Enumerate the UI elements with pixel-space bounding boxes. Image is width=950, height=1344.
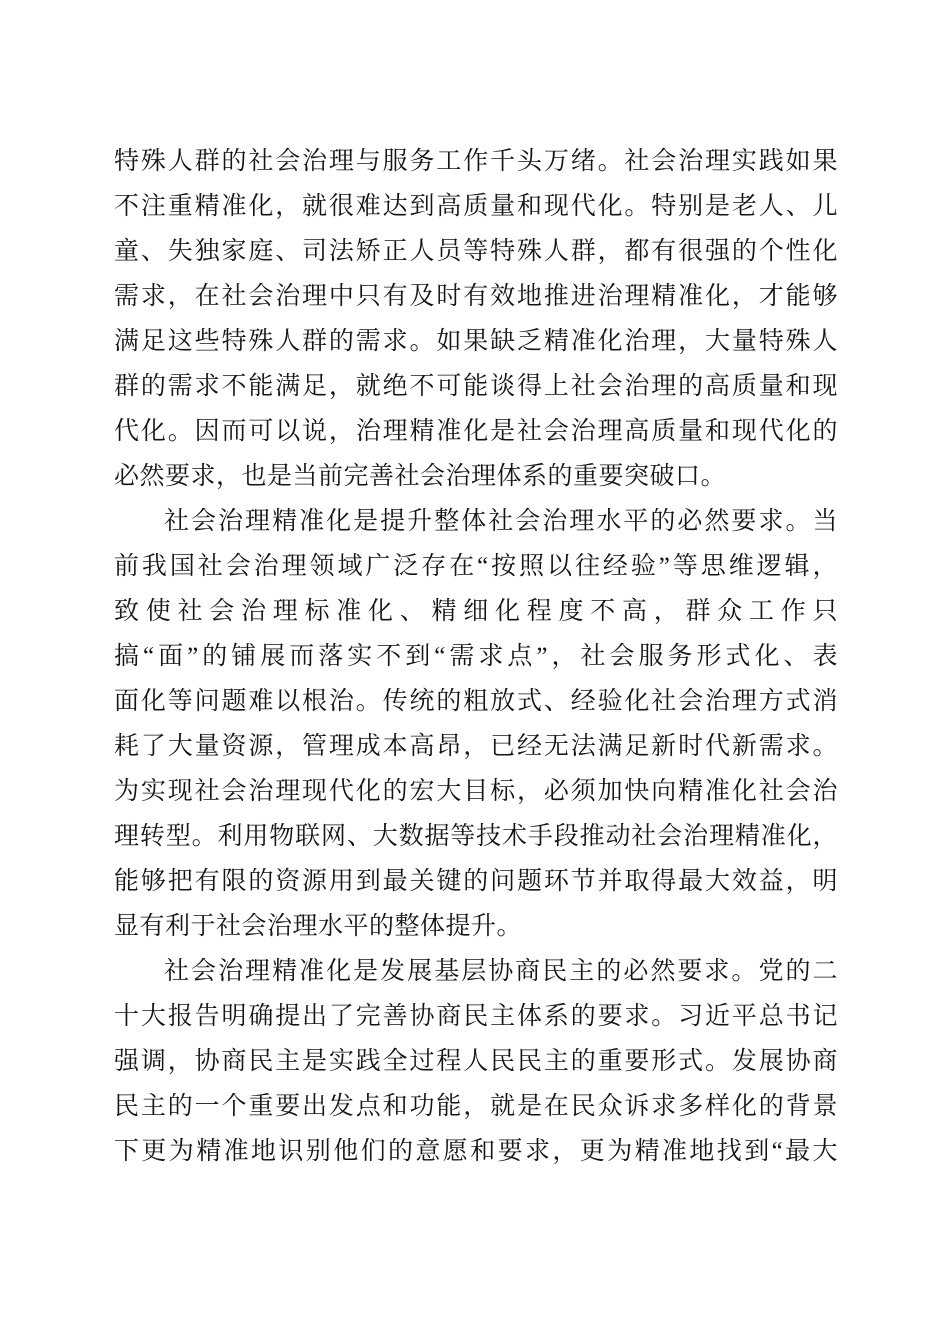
text-line paragraph-start: 社会治理精准化是提升整体社会治理水平的必然要求。当	[114, 499, 838, 544]
text-line: 民主的一个重要出发点和功能，就是在民众诉求多样化的背景	[114, 1084, 838, 1129]
document-page: 特殊人群的社会治理与服务工作千头万绪。社会治理实践如果 不注重精准化，就很难达到…	[0, 0, 950, 1344]
text-line: 能够把有限的资源用到最关键的问题环节并取得最大效益，明	[114, 859, 838, 904]
text-line paragraph-start: 社会治理精准化是发展基层协商民主的必然要求。党的二	[114, 949, 838, 994]
text-line: 搞“面”的铺展而落实不到“需求点”，社会服务形式化、表	[114, 634, 838, 679]
text-line: 前我国社会治理领域广泛存在“按照以往经验”等思维逻辑，	[114, 544, 838, 589]
text-line: 特殊人群的社会治理与服务工作千头万绪。社会治理实践如果	[114, 139, 838, 184]
text-line: 童、失独家庭、司法矫正人员等特殊人群，都有很强的个性化	[114, 229, 838, 274]
text-line: 耗了大量资源，管理成本高昂，已经无法满足新时代新需求。	[114, 724, 838, 769]
text-line: 强调，协商民主是实践全过程人民民主的重要形式。发展协商	[114, 1039, 838, 1084]
text-line paragraph-end: 必然要求，也是当前完善社会治理体系的重要突破口。	[114, 454, 838, 499]
text-line: 下更为精准地识别他们的意愿和要求，更为精准地找到“最大	[114, 1129, 838, 1174]
text-line: 为实现社会治理现代化的宏大目标，必须加快向精准化社会治	[114, 769, 838, 814]
text-line paragraph-end: 显有利于社会治理水平的整体提升。	[114, 904, 838, 949]
text-line: 不注重精准化，就很难达到高质量和现代化。特别是老人、儿	[114, 184, 838, 229]
document-body: 特殊人群的社会治理与服务工作千头万绪。社会治理实践如果 不注重精准化，就很难达到…	[114, 139, 838, 1174]
text-line: 理转型。利用物联网、大数据等技术手段推动社会治理精准化，	[114, 814, 838, 859]
text-line: 十大报告明确提出了完善协商民主体系的要求。习近平总书记	[114, 994, 838, 1039]
text-line: 代化。因而可以说，治理精准化是社会治理高质量和现代化的	[114, 409, 838, 454]
text-line: 面化等问题难以根治。传统的粗放式、经验化社会治理方式消	[114, 679, 838, 724]
text-line: 需求，在社会治理中只有及时有效地推进治理精准化，才能够	[114, 274, 838, 319]
text-line: 满足这些特殊人群的需求。如果缺乏精准化治理，大量特殊人	[114, 319, 838, 364]
text-line: 群的需求不能满足，就绝不可能谈得上社会治理的高质量和现	[114, 364, 838, 409]
text-line: 致使社会治理标准化、精细化程度不高，群众工作只	[114, 589, 838, 634]
